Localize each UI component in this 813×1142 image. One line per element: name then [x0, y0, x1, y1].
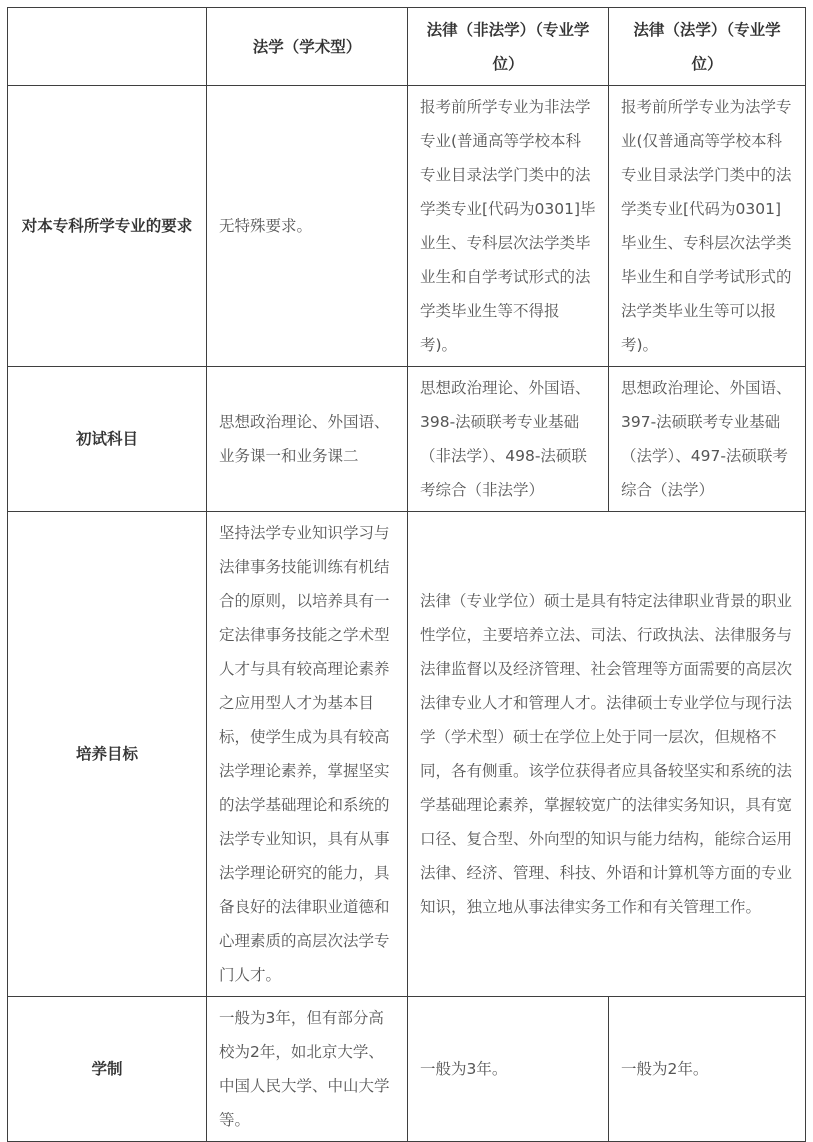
cell-training-goal-professional-merged: 法律（专业学位）硕士是具有特定法律职业背景的职业性学位，主要培养立法、司法、行政… — [408, 512, 806, 997]
cell-exam-subjects-academic: 思想政治理论、外国语、业务课一和业务课二 — [207, 367, 408, 512]
row-label-training-goal: 培养目标 — [8, 512, 207, 997]
law-programs-comparison-table: 法学（学术型） 法律（非法学）（专业学位） 法律（法学）（专业学位） 对本专科所… — [7, 7, 806, 1142]
row-training-goal: 培养目标 坚持法学专业知识学习与法律事务技能训练有机结合的原则，以培养具有一定法… — [8, 512, 806, 997]
cell-duration-jm-law: 一般为2年。 — [609, 997, 806, 1142]
row-requirements: 对本专科所学专业的要求 无特殊要求。 报考前所学专业为非法学专业(普通高等学校本… — [8, 86, 806, 367]
header-row: 法学（学术型） 法律（非法学）（专业学位） 法律（法学）（专业学位） — [8, 8, 806, 86]
cell-duration-academic: 一般为3年，但有部分高校为2年，如北京大学、中国人民大学、中山大学等。 — [207, 997, 408, 1142]
cell-requirements-jm-law: 报考前所学专业为法学专业(仅普通高等学校本科专业目录法学门类中的法学类专业[代码… — [609, 86, 806, 367]
row-label-requirements: 对本专科所学专业的要求 — [8, 86, 207, 367]
cell-requirements-academic: 无特殊要求。 — [207, 86, 408, 367]
cell-exam-subjects-jm-nonlaw: 思想政治理论、外国语、398-法硕联考专业基础（非法学）、498-法硕联考综合（… — [408, 367, 609, 512]
page: 法学（学术型） 法律（非法学）（专业学位） 法律（法学）（专业学位） 对本专科所… — [0, 7, 813, 1077]
cell-exam-subjects-jm-law: 思想政治理论、外国语、397-法硕联考专业基础（法学）、497-法硕联考综合（法… — [609, 367, 806, 512]
row-duration: 学制 一般为3年，但有部分高校为2年，如北京大学、中国人民大学、中山大学等。 一… — [8, 997, 806, 1142]
cell-duration-jm-nonlaw: 一般为3年。 — [408, 997, 609, 1142]
header-corner-cell — [8, 8, 207, 86]
cell-requirements-jm-nonlaw: 报考前所学专业为非法学专业(普通高等学校本科专业目录法学门类中的法学类专业[代码… — [408, 86, 609, 367]
row-label-duration: 学制 — [8, 997, 207, 1142]
header-program-academic: 法学（学术型） — [207, 8, 408, 86]
header-program-jm-law: 法律（法学）（专业学位） — [609, 8, 806, 86]
cell-training-goal-academic: 坚持法学专业知识学习与法律事务技能训练有机结合的原则，以培养具有一定法律事务技能… — [207, 512, 408, 997]
row-exam-subjects: 初试科目 思想政治理论、外国语、业务课一和业务课二 思想政治理论、外国语、398… — [8, 367, 806, 512]
header-program-jm-nonlaw: 法律（非法学）（专业学位） — [408, 8, 609, 86]
row-label-exam-subjects: 初试科目 — [8, 367, 207, 512]
